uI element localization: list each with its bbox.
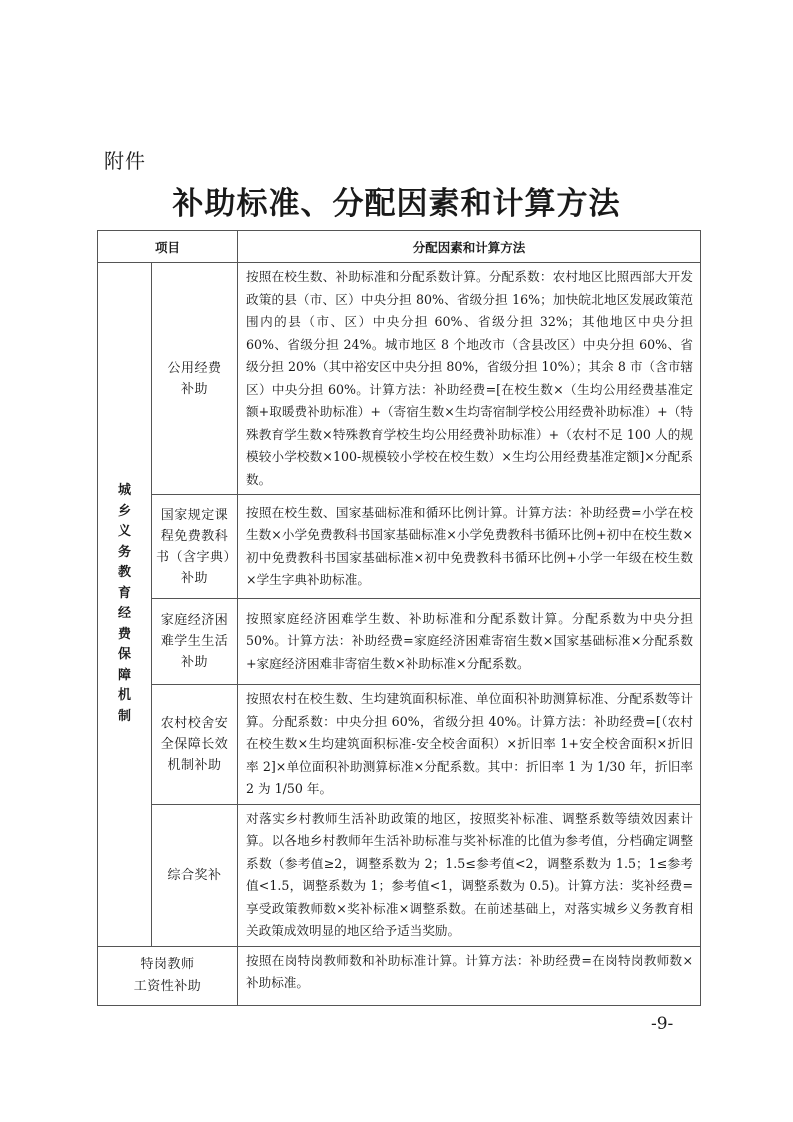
group-label-char: 育: [98, 584, 151, 605]
item-line: 机制补助: [156, 755, 233, 776]
item-public-funds: 公用经费 补助: [152, 263, 238, 495]
item-comprehensive-award: 综合奖补: [152, 804, 238, 946]
item-line: 农村校舍安: [156, 713, 233, 734]
item-line: 国家规定课: [156, 505, 233, 526]
document-title: 补助标准、分配因素和计算方法: [0, 178, 793, 223]
item-line: 补助: [156, 379, 233, 400]
group-label-char: 教: [98, 563, 151, 584]
description-special-post-teachers: 按照在岗特岗教师数和补助标准计算。计算方法：补助经费=在岗特岗教师数×补助标准。: [238, 946, 701, 1005]
column-header-method: 分配因素和计算方法: [238, 231, 701, 263]
table-row: 特岗教师 工资性补助 按照在岗特岗教师数和补助标准计算。计算方法：补助经费=在岗…: [98, 946, 701, 1005]
table-row: 农村校舍安 全保障长效 机制补助 按照农村在校生数、生均建筑面积标准、单位面积补…: [98, 685, 701, 805]
item-line: 公用经费: [156, 358, 233, 379]
group-label-char: 保: [98, 645, 151, 666]
group-label-char: 义: [98, 522, 151, 543]
attachment-label: 附件: [104, 145, 146, 174]
item-line: 程免费教科: [156, 526, 233, 547]
group-label-cell: 城 乡 义 务 教 育 经 费 保 障 机 制: [98, 263, 152, 947]
item-line: 综合奖补: [156, 865, 233, 886]
table-row: 综合奖补 对落实乡村教师生活补助政策的地区，按照奖补标准、调整系数等绩效因素计算…: [98, 804, 701, 946]
item-line: 特岗教师: [98, 954, 237, 976]
item-line: 难学生生活: [156, 631, 233, 652]
item-special-post-teachers: 特岗教师 工资性补助: [98, 946, 238, 1005]
item-free-textbooks: 国家规定课 程免费教科 书（含字典） 补助: [152, 495, 238, 599]
table-row: 城 乡 义 务 教 育 经 费 保 障 机 制 公用经费 补助 按照在校生数、补…: [98, 263, 701, 495]
group-label-char: 障: [98, 666, 151, 687]
column-header-item: 项目: [98, 231, 238, 263]
description-public-funds: 按照在校生数、补助标准和分配系数计算。分配系数：农村地区比照西部大开发政策的县（…: [238, 263, 701, 495]
item-line: 补助: [156, 652, 233, 673]
description-rural-school-safety: 按照农村在校生数、生均建筑面积标准、单位面积补助测算标准、分配系数等计算。分配系…: [238, 685, 701, 805]
table-row: 家庭经济困 难学生生活 补助 按照家庭经济困难学生数、补助标准和分配系数计算。分…: [98, 599, 701, 685]
item-line: 工资性补助: [98, 976, 237, 998]
group-label-char: 机: [98, 686, 151, 707]
description-hardship-students: 按照家庭经济困难学生数、补助标准和分配系数计算。分配系数为中央分担 50%。计算…: [238, 599, 701, 685]
group-label-char: 务: [98, 543, 151, 564]
subsidy-standards-table: 项目 分配因素和计算方法 城 乡 义 务 教 育 经 费 保 障 机 制 公用经…: [97, 230, 701, 1006]
table-row: 国家规定课 程免费教科 书（含字典） 补助 按照在校生数、国家基础标准和循环比例…: [98, 495, 701, 599]
group-label-char: 制: [98, 707, 151, 728]
group-label-char: 费: [98, 625, 151, 646]
table-header-row: 项目 分配因素和计算方法: [98, 231, 701, 263]
item-line: 全保障长效: [156, 734, 233, 755]
description-comprehensive-award: 对落实乡村教师生活补助政策的地区，按照奖补标准、调整系数等绩效因素计算。以各地乡…: [238, 804, 701, 946]
group-label-char: 乡: [98, 502, 151, 523]
item-rural-school-safety: 农村校舍安 全保障长效 机制补助: [152, 685, 238, 805]
page-number: -9-: [651, 1014, 673, 1034]
item-hardship-students: 家庭经济困 难学生生活 补助: [152, 599, 238, 685]
item-line: 补助: [156, 568, 233, 589]
group-label-char: 经: [98, 604, 151, 625]
description-free-textbooks: 按照在校生数、国家基础标准和循环比例计算。计算方法：补助经费=小学在校生数×小学…: [238, 495, 701, 599]
item-line: 书（含字典）: [156, 547, 233, 568]
group-label-char: 城: [98, 481, 151, 502]
item-line: 家庭经济困: [156, 610, 233, 631]
